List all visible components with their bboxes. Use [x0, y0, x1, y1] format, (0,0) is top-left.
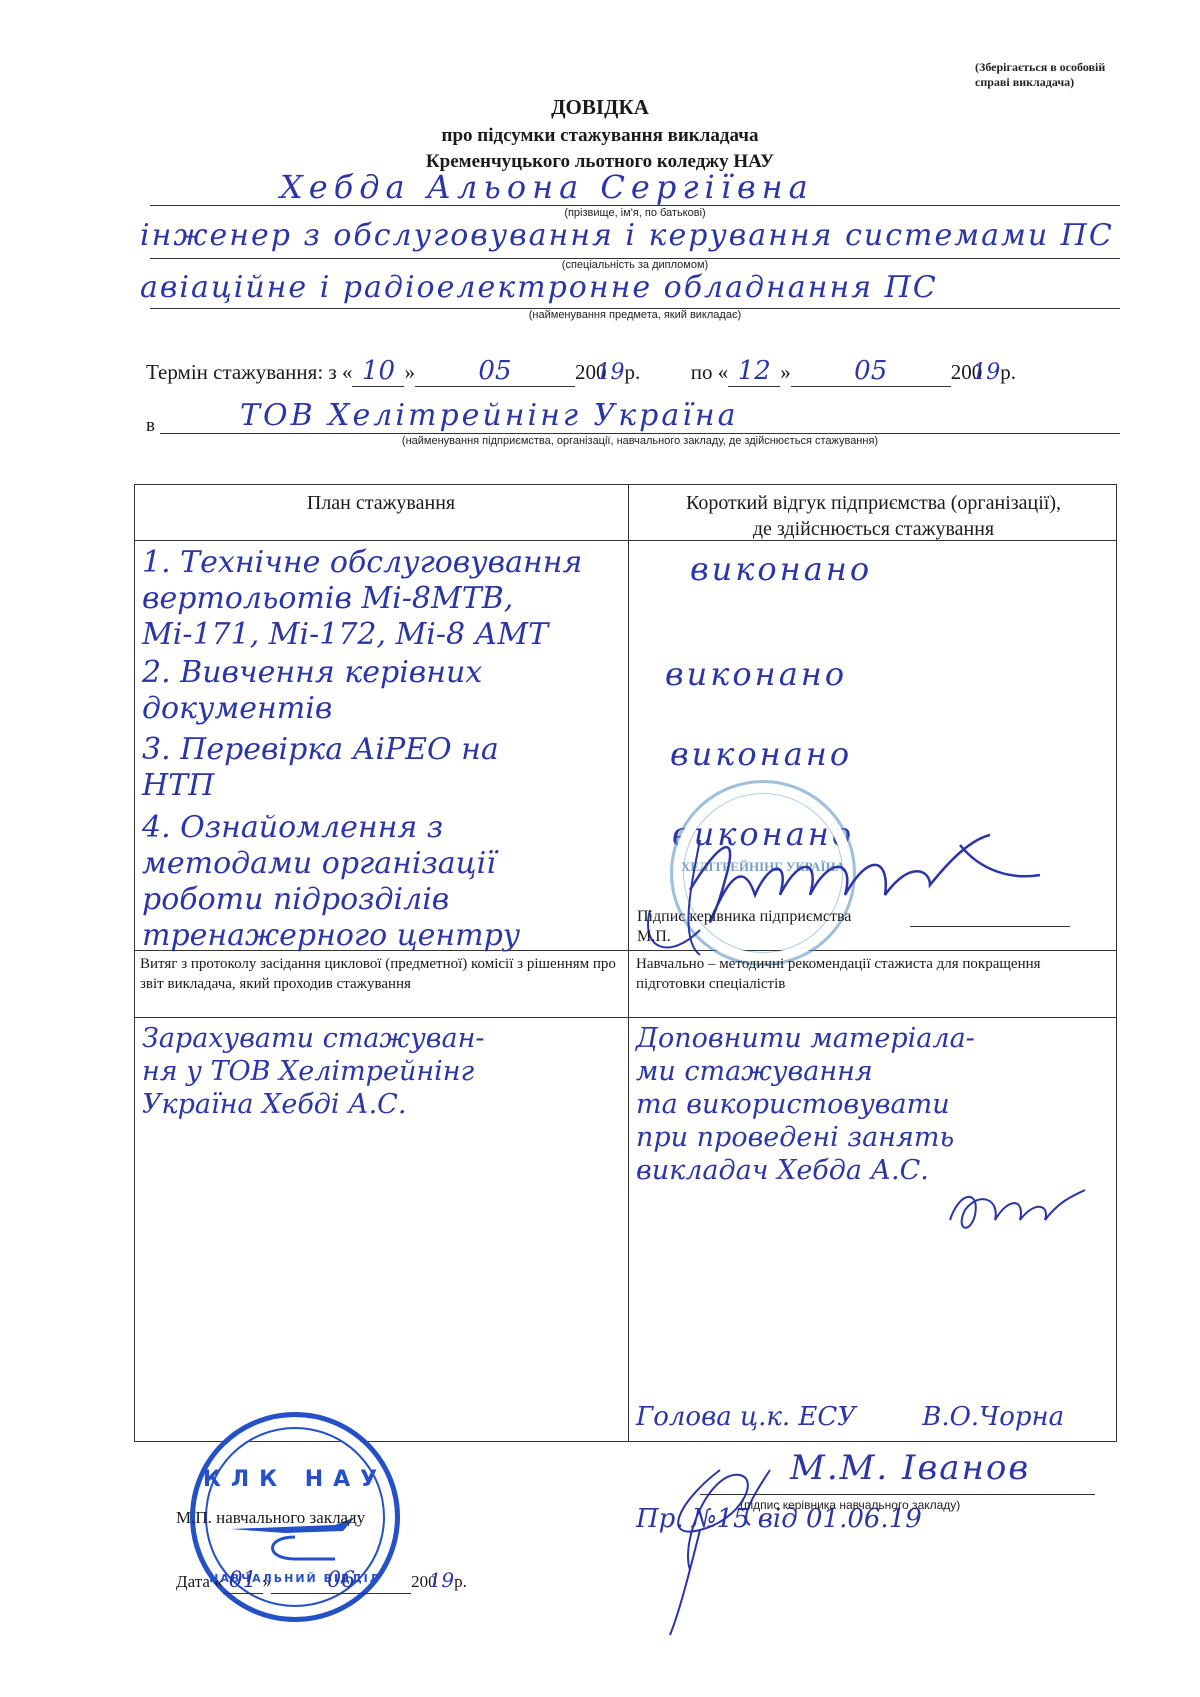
plan-item-2: 2. Вивчення керівних документів — [142, 655, 622, 727]
director-signature: М.М. Іванов — [790, 1448, 1030, 1488]
college-stamp-center: КЛК НАУ — [195, 1467, 395, 1492]
period-to-month-field: 05 — [791, 356, 951, 387]
document-subtitle-1: про підсумки стажування викладача — [0, 125, 1200, 147]
director-signature-caption: (підпис керівника навчального закладу) — [740, 1498, 960, 1512]
plan-item-1: 1. Технічне обслуговування вертольотів М… — [142, 545, 622, 653]
subject-value: авіаційне і радіоелектронне обладнання П… — [140, 270, 938, 305]
commission-line1: Голова ц.к. ЕСУ В.О.Чорна — [636, 1400, 1064, 1434]
table-lower-header-divider — [134, 1017, 1117, 1018]
recommendation-line2: ми стажування — [636, 1055, 1116, 1088]
plan-item-1-line1: 1. Технічне обслуговування — [142, 545, 622, 581]
period-from-day-field: 10 — [352, 356, 404, 387]
date-row: Дата «01»0620019р. — [176, 1568, 467, 1594]
period-label: Термін стажування: з « — [146, 360, 352, 384]
date-month-field: 06 — [271, 1568, 411, 1594]
specialty-value: інженер з обслуговування і керування сис… — [140, 218, 1114, 253]
recommendation-line1: Доповнити матеріала- — [636, 1022, 1116, 1055]
intern-signature — [940, 1180, 1090, 1240]
period-to-day: 12 — [738, 356, 771, 386]
period-from-year-hand: 19 — [596, 360, 624, 385]
subject-caption: (найменування предмета, який викладає) — [150, 309, 1120, 321]
protocol-line2: ня у ТОВ Хелітрейнінг — [142, 1055, 622, 1088]
place-line — [160, 433, 1120, 434]
period-to-day-field: 12 — [728, 356, 780, 387]
feedback-header-line2: де здійснюється стажування — [630, 516, 1117, 542]
date-label: Дата « — [176, 1572, 223, 1591]
feedback-item-2: виконано — [665, 655, 847, 693]
period-to-month: 05 — [854, 356, 887, 386]
feedback-header-line1: Короткий відгук підприємства (організаці… — [630, 490, 1117, 516]
plan-item-3-line1: 3. Перевірка АіРЕО на — [142, 732, 622, 768]
feedback-item-3: виконано — [670, 735, 852, 773]
period-to-year-suffix: р. — [1000, 360, 1016, 384]
recommendations-header: Навчально – методичні рекомендації стажи… — [636, 954, 1106, 994]
period-from-year-suffix: р. — [624, 360, 640, 384]
plan-item-3: 3. Перевірка АіРЕО на НТП — [142, 732, 622, 804]
plan-item-4-line2: методами організації — [142, 846, 622, 882]
storage-note-line1: (Зберігається в особовій — [975, 60, 1105, 75]
place-caption: (найменування підприємства, організації,… — [160, 435, 1120, 447]
storage-note: (Зберігається в особовій справі викладач… — [975, 60, 1105, 90]
protocol-line1: Зарахувати стажуван- — [142, 1022, 622, 1055]
plan-item-2-line2: документів — [142, 691, 622, 727]
enterprise-signature-label: Підпис керівника підприємства — [637, 908, 851, 926]
enterprise-stamp-label: М.П. — [637, 928, 671, 946]
plan-item-4: 4. Ознайомлення з методами організації р… — [142, 810, 622, 954]
table-column-divider — [628, 484, 629, 1442]
full-name-value: Хебда Альона Сергіївна — [280, 168, 814, 206]
recommendation-line3: та використовувати — [636, 1088, 1116, 1121]
plan-item-2-line1: 2. Вивчення керівних — [142, 655, 622, 691]
plan-column-header: План стажування — [134, 492, 628, 515]
period-to-year-hand: 19 — [972, 360, 1000, 385]
plan-item-4-line1: 4. Ознайомлення з — [142, 810, 622, 846]
document-title: ДОВІДКА — [0, 95, 1200, 120]
plan-item-1-line3: Мі-171, Мі-172, Мі-8 АМТ — [142, 617, 622, 653]
feedback-column-header: Короткий відгук підприємства (організаці… — [630, 490, 1117, 542]
period-from-close-quote: » — [404, 360, 415, 384]
place-value: ТОВ Хелітрейнінг Україна — [240, 398, 738, 433]
recommendation-line4: при проведені занять — [636, 1121, 1116, 1154]
date-year-hand: 19 — [429, 1568, 454, 1592]
date-close-quote: » — [263, 1572, 272, 1591]
enterprise-signature-line — [910, 926, 1070, 927]
plan-item-1-line2: вертольотів Мі-8МТВ, — [142, 581, 622, 617]
period-from-day: 10 — [362, 356, 395, 386]
period-row: Термін стажування: з «10»0520019р. по «1… — [146, 356, 1016, 387]
period-from-month-field: 05 — [415, 356, 575, 387]
period-from-month: 05 — [478, 356, 511, 386]
place-label: в — [146, 415, 155, 437]
plan-item-3-line2: НТП — [142, 768, 622, 804]
protocol-header: Витяг з протоколу засідання циклової (пр… — [140, 954, 620, 994]
period-to-close-quote: » — [780, 360, 791, 384]
college-stamp-label: М.П. навчального закладу — [176, 1508, 365, 1528]
date-day: 01 — [229, 1568, 257, 1593]
director-signature-line — [700, 1494, 1095, 1495]
period-to-label: по « — [691, 360, 729, 384]
protocol-decision: Зарахувати стажуван- ня у ТОВ Хелітрейні… — [142, 1022, 622, 1121]
enterprise-signature — [630, 800, 1110, 960]
full-name-line — [150, 205, 1120, 206]
date-suffix: р. — [454, 1572, 467, 1591]
plan-item-4-line3: роботи підрозділів — [142, 882, 622, 918]
storage-note-line2: справі викладача) — [975, 75, 1105, 90]
protocol-line3: Україна Хебді А.С. — [142, 1088, 622, 1121]
date-day-field: 01 — [223, 1568, 263, 1594]
feedback-item-1: виконано — [690, 550, 872, 588]
recommendations-text: Доповнити матеріала- ми стажування та ви… — [636, 1022, 1116, 1187]
date-month: 06 — [327, 1568, 355, 1593]
plan-item-4-line4: тренажерного центру — [142, 918, 622, 954]
